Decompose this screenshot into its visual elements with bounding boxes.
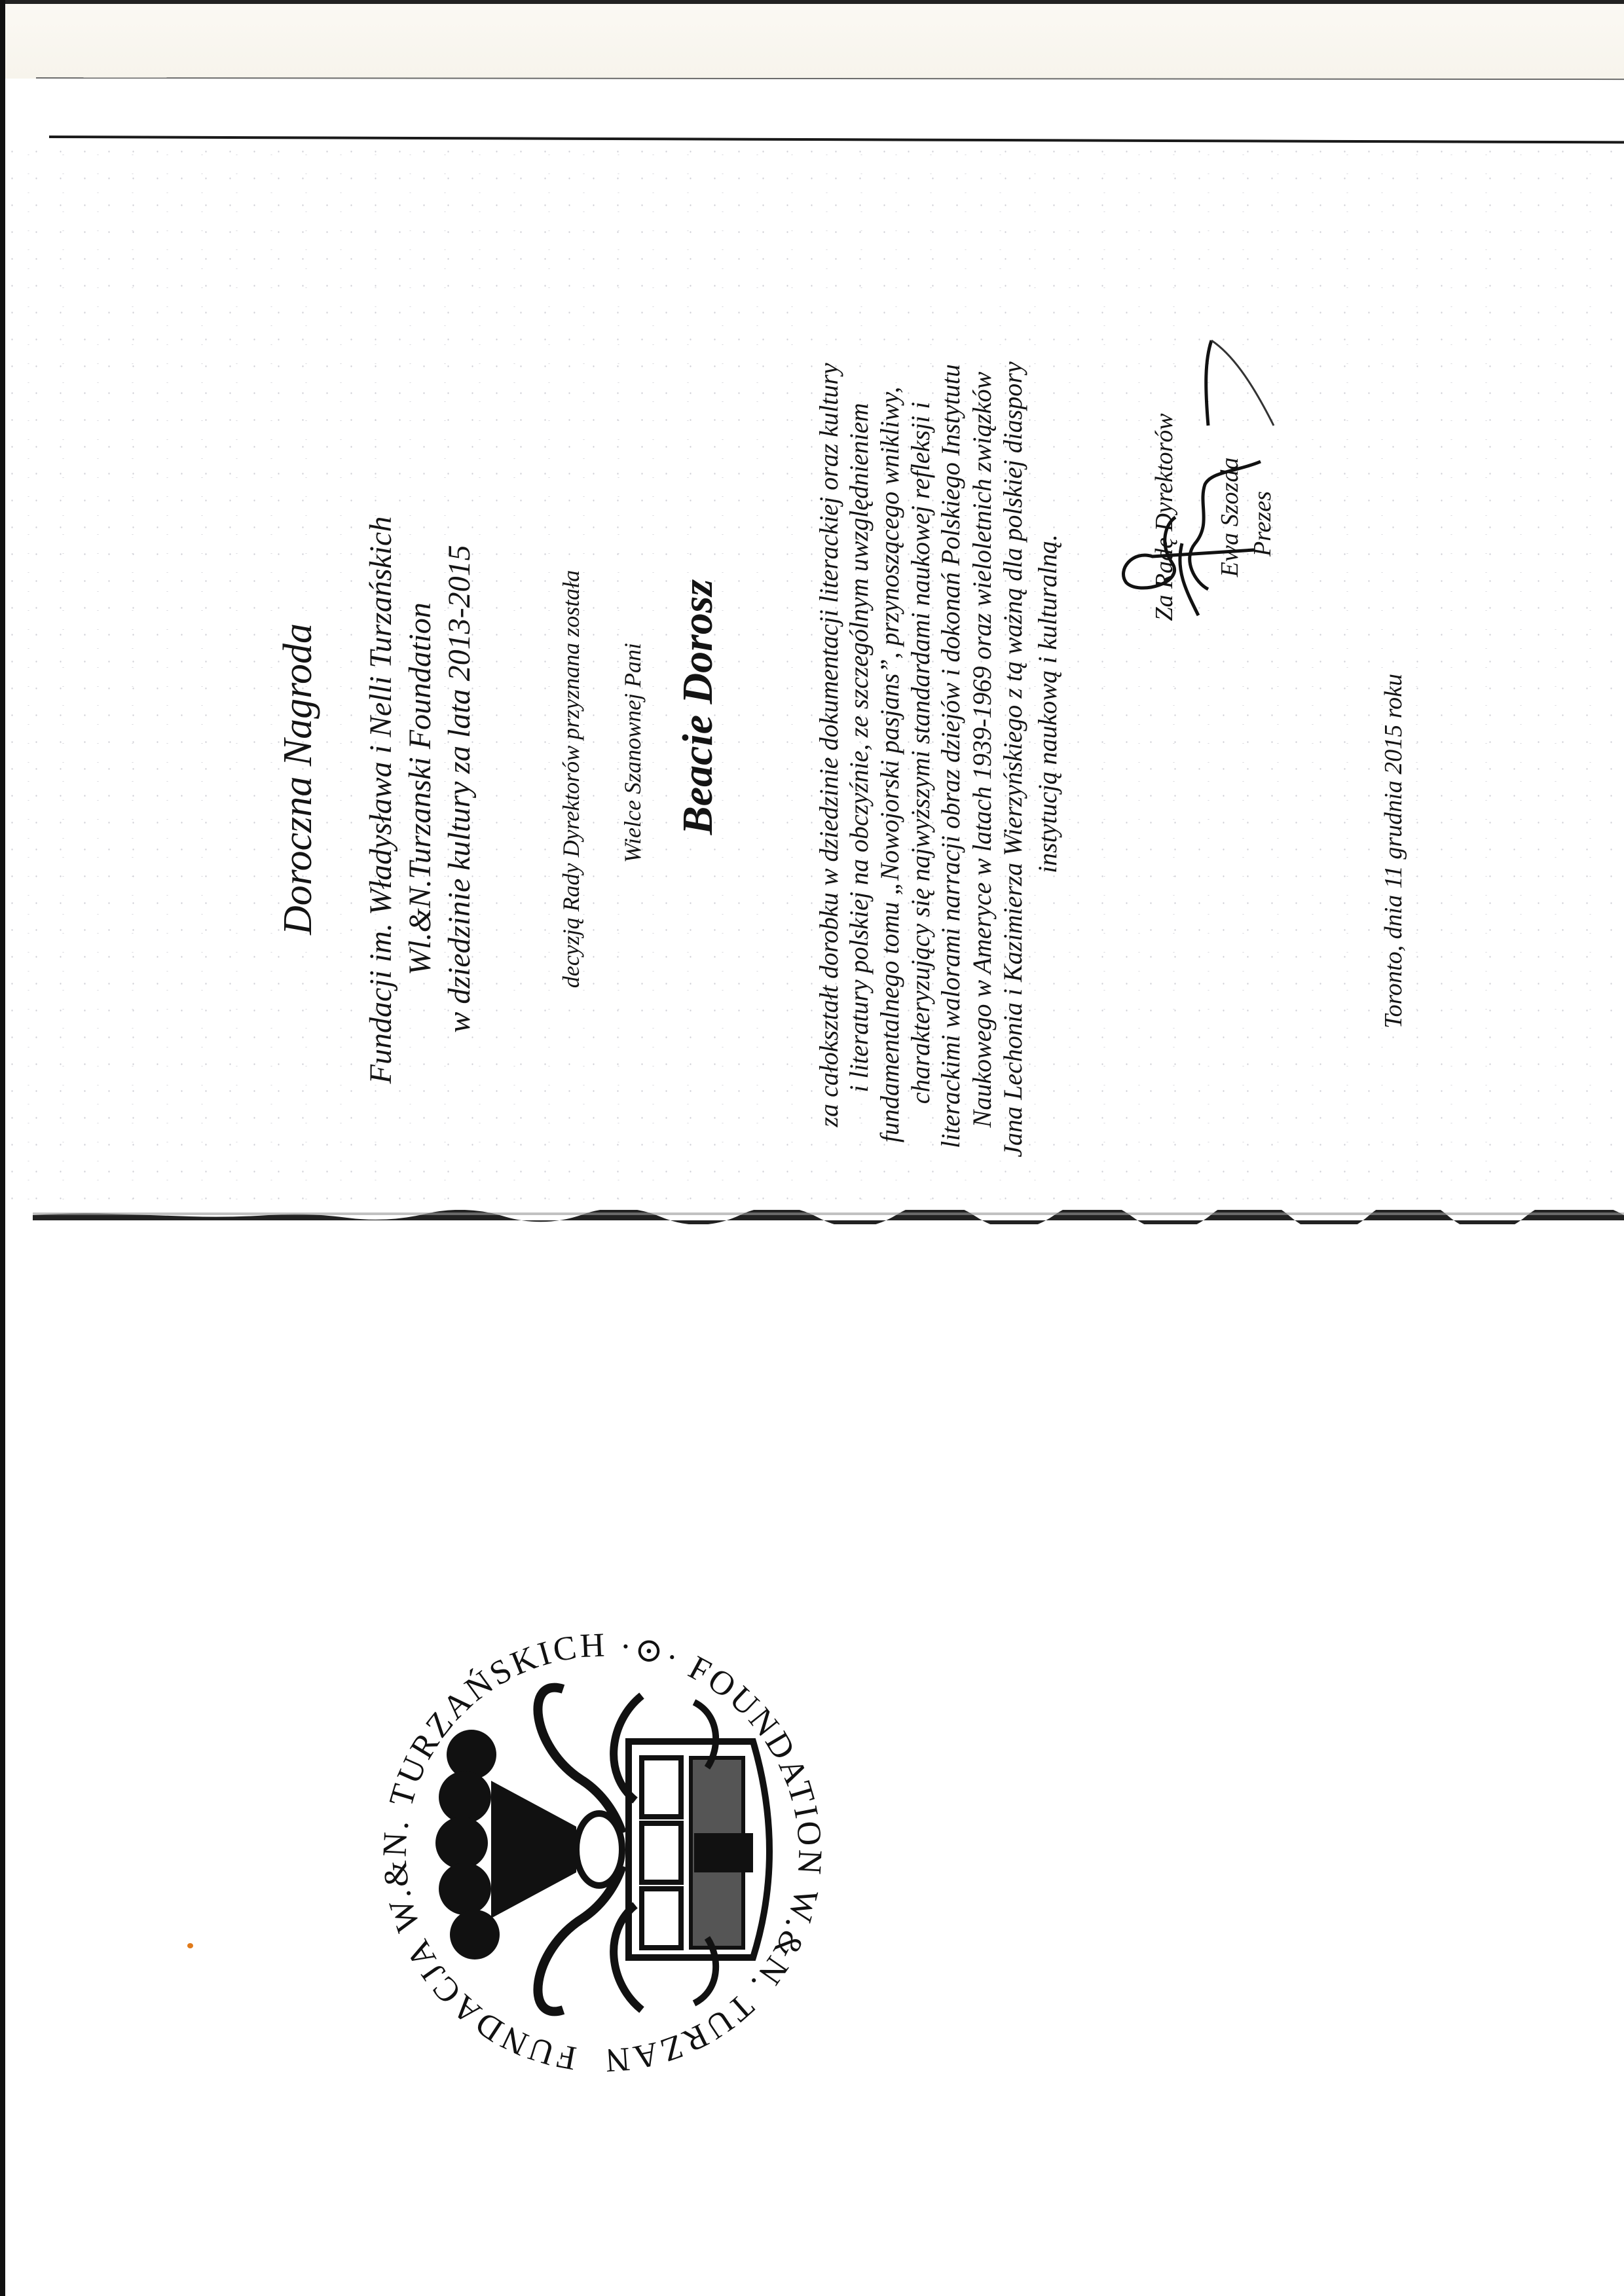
- certificate-inner-panel: [0, 138, 1624, 1205]
- citation-line: fundamentalnego tomu „Nowojorski pasjans…: [877, 387, 903, 1142]
- scan-top-border: [0, 0, 1624, 4]
- decision-line: decyzją Rady Dyrektorów przyznana został…: [559, 570, 583, 989]
- award-title: Doroczna Nagroda: [278, 623, 318, 935]
- coat-of-arms-icon: [435, 1688, 769, 2012]
- salutation: Wielce Szanownej Pani: [621, 643, 644, 863]
- citation-line: Jana Lechonia i Kazimierza Wierzyńskiego…: [1000, 361, 1026, 1157]
- citation-line: charakteryzujący się najwyższymi standar…: [908, 402, 934, 1104]
- citation-line: i literatury polskiej na obczyźnie, ze s…: [846, 403, 872, 1092]
- citation-line: Naukowego w Ameryce w latach 1939-1969 o…: [969, 372, 995, 1128]
- citation-line: instytucją naukową i kulturalną.: [1035, 534, 1061, 873]
- citation-line: literackimi walorami narracji obraz dzie…: [938, 364, 964, 1148]
- field-years: w dziedzinie kultury za lata 2013-2015: [444, 545, 475, 1032]
- foundation-line: Fundacji im. Władysława i Nelli Turzańsk…: [365, 517, 397, 1084]
- fold-line: [33, 1210, 1624, 1224]
- handwritten-signature: [1113, 308, 1283, 635]
- place-date: Toronto, dnia 11 grudnia 2015 roku: [1381, 674, 1406, 1029]
- foundation-seal: FUNDACJA W.&N. TURZAŃSKICH ·⊙· FOUNDATIO…: [367, 1617, 838, 2088]
- paper-speck: [187, 1943, 193, 1948]
- recipient-name: Beacie Dorosz: [676, 579, 720, 835]
- foundation-name-en: Wl.&N.Turzanski Foundation: [405, 602, 436, 975]
- paper-top-strip: [0, 0, 1624, 79]
- citation-line: za całokształt dorobku w dziedzinie doku…: [816, 363, 842, 1127]
